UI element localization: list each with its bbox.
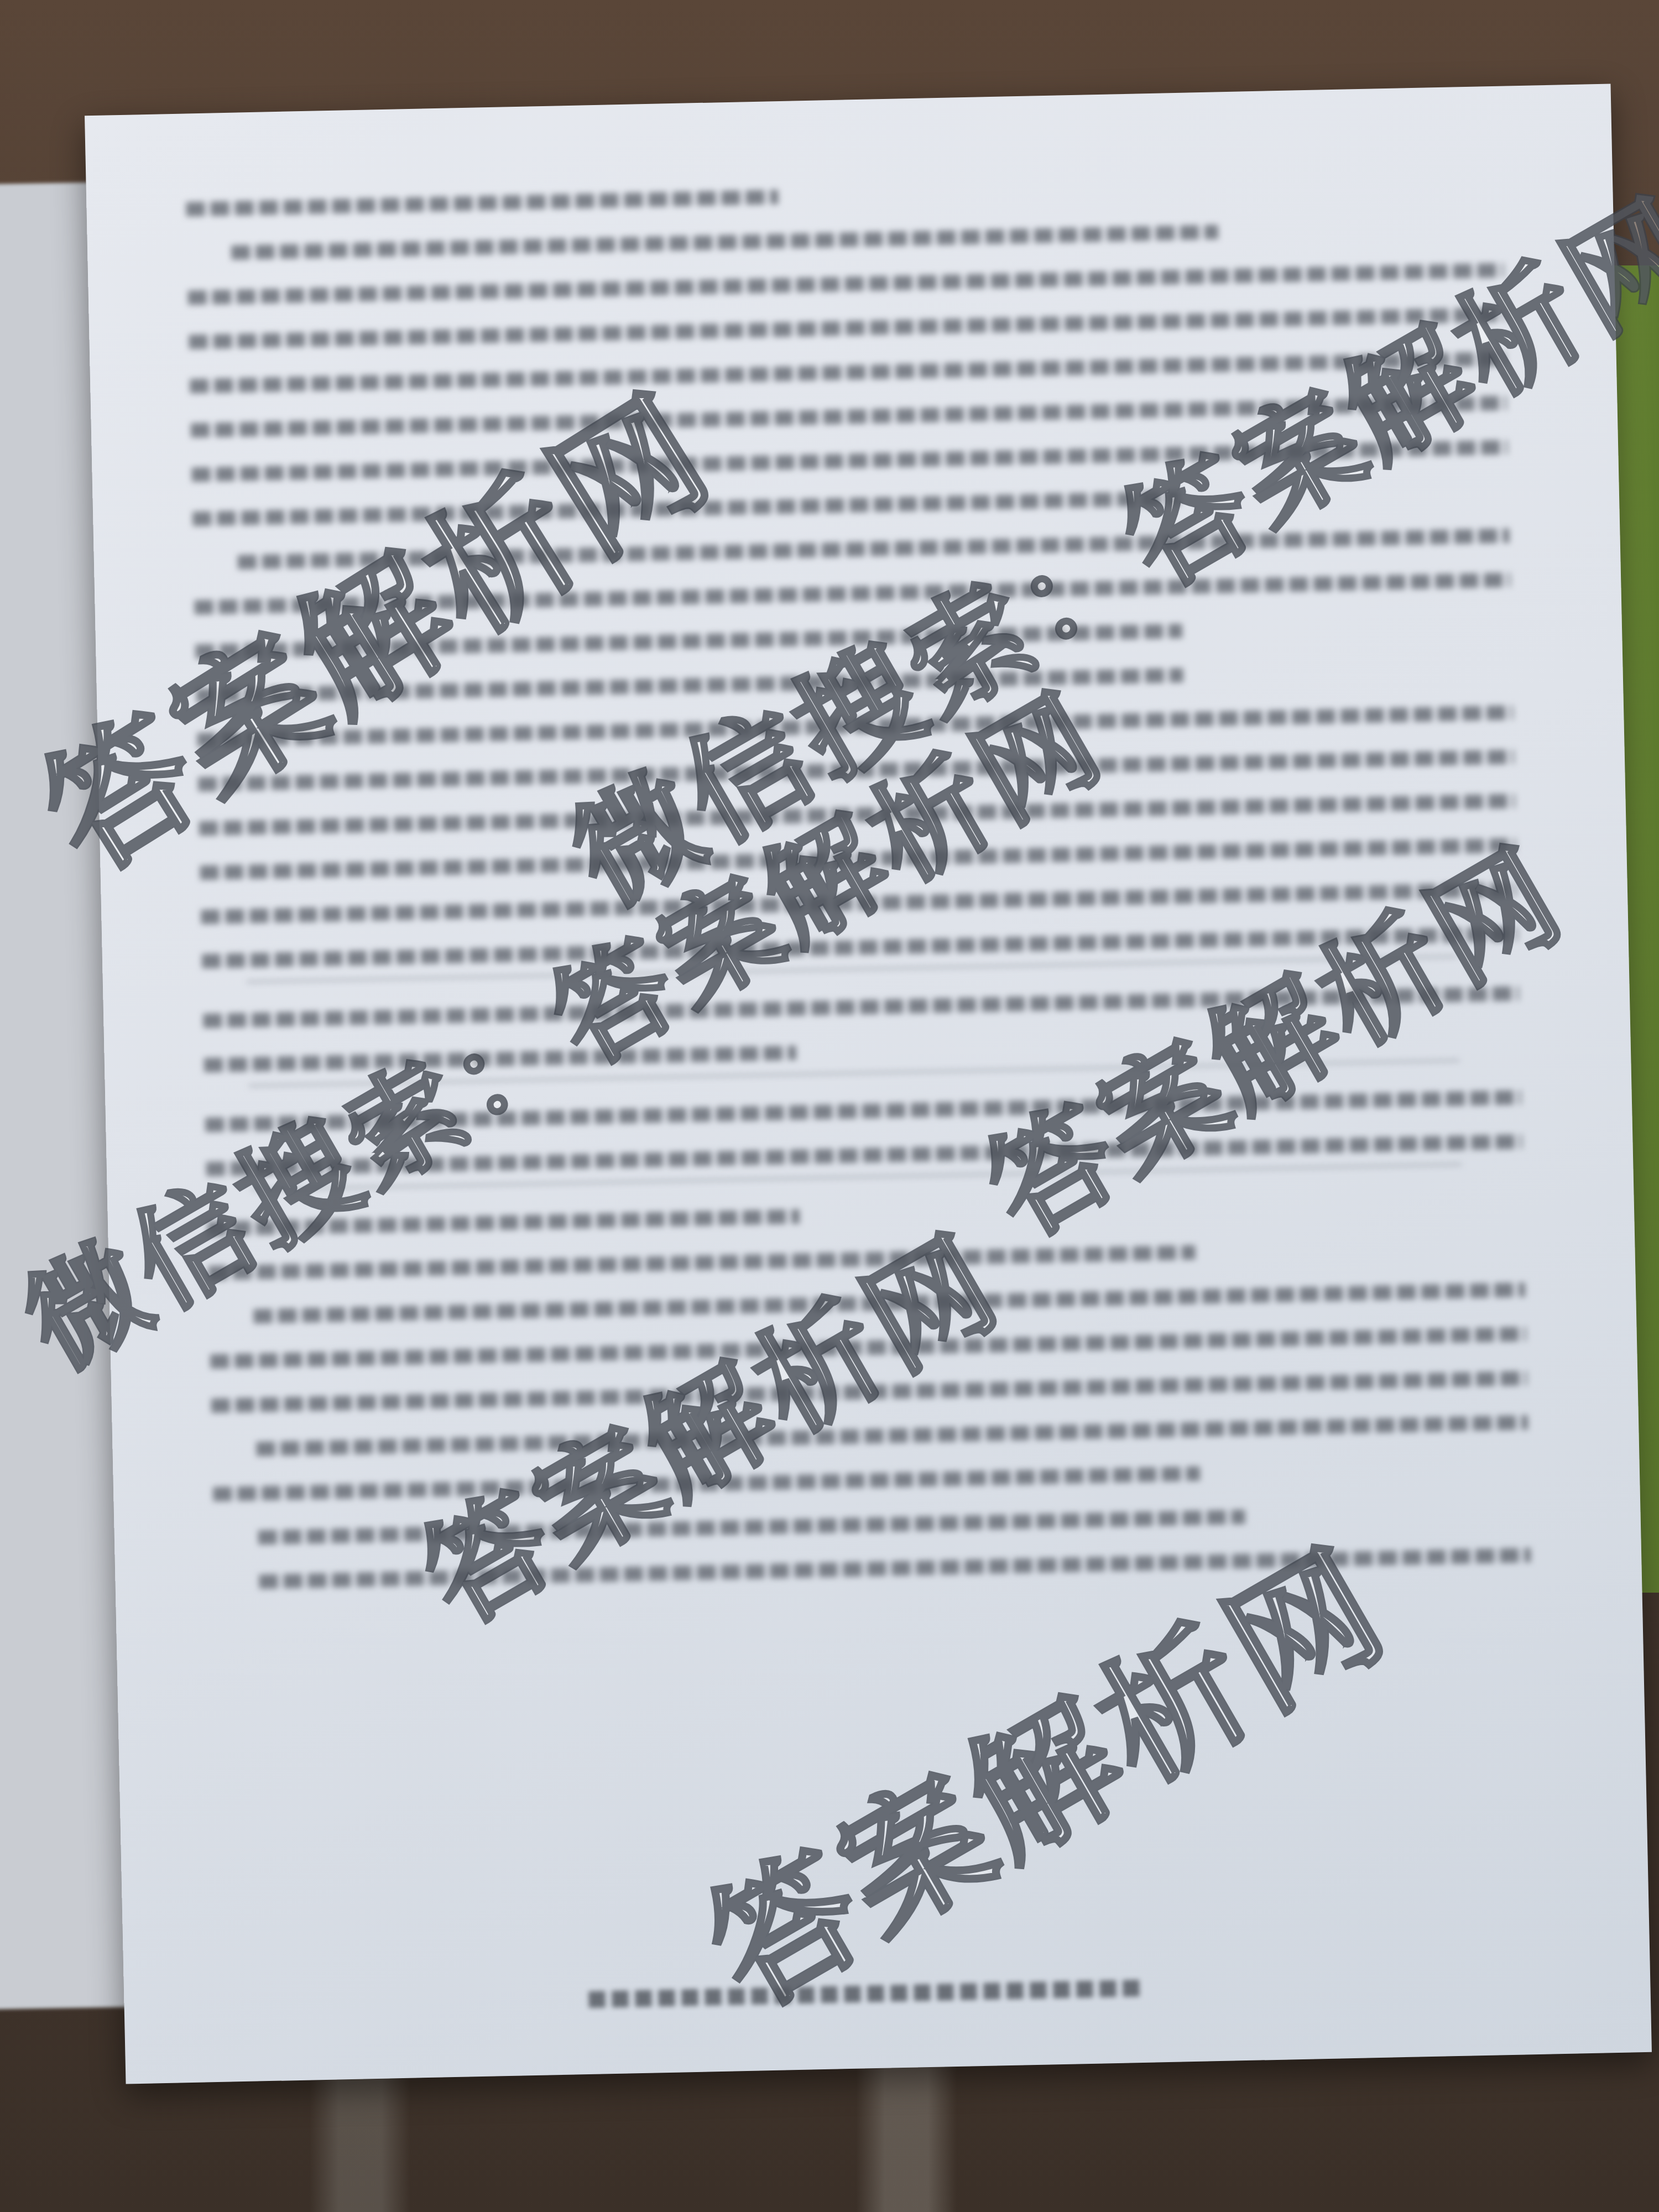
text-line [188,263,1504,305]
text-line [256,1415,1528,1456]
section-heading [186,190,778,216]
text-line [231,225,1218,259]
